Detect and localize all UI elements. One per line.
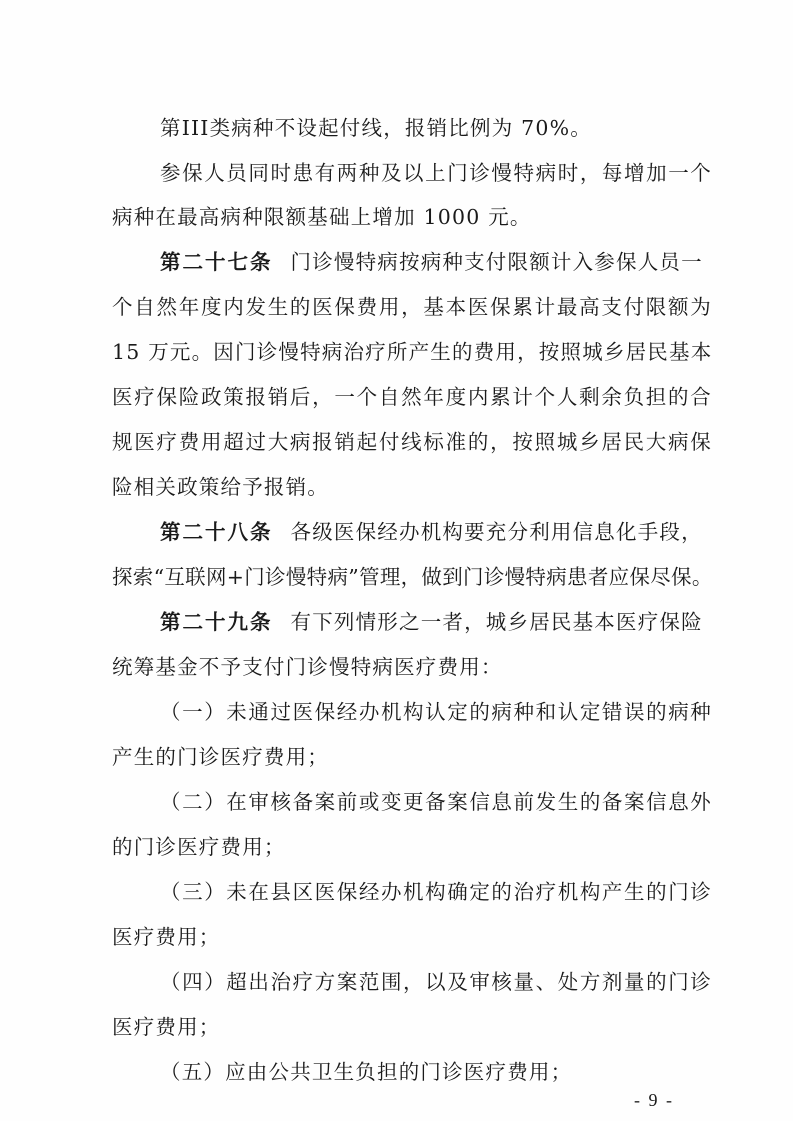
text-line: 产生的门诊医疗费用； xyxy=(112,739,712,775)
text-line: 医疗保险政策报销后，一个自然年度内累计个人剩余负担的合 xyxy=(112,379,712,415)
list-item-5: （五）应由公共卫生负担的门诊医疗费用； xyxy=(160,1054,712,1090)
list-item-3: （三）未在县区医保经办机构确定的治疗机构产生的门诊 xyxy=(160,874,712,910)
text-line: 参保人员同时患有两种及以上门诊慢特病时，每增加一个 xyxy=(160,155,712,191)
document-page: 第III类病种不设起付线，报销比例为 70%。 参保人员同时患有两种及以上门诊慢… xyxy=(0,0,793,1121)
text-line: 病种在最高病种限额基础上增加 1000 元。 xyxy=(112,199,712,235)
list-item-1: （一）未通过医保经办机构认定的病种和认定错误的病种 xyxy=(160,694,712,730)
article-27-line: 第二十七条门诊慢特病按病种支付限额计入参保人员一 xyxy=(160,244,712,280)
text-line: 医疗费用； xyxy=(112,1009,712,1045)
text-line: 的门诊医疗费用； xyxy=(112,829,712,865)
list-item-2: （二）在审核备案前或变更备案信息前发生的备案信息外 xyxy=(160,784,712,820)
list-item-4: （四）超出治疗方案范围，以及审核量、处方剂量的门诊 xyxy=(160,964,712,1000)
text-line: 门诊慢特病按病种支付限额计入参保人员一 xyxy=(291,250,703,274)
article-29-title: 第二十九条 xyxy=(160,610,273,634)
text-line: 险相关政策给予报销。 xyxy=(112,469,712,505)
article-27-title: 第二十七条 xyxy=(160,250,273,274)
text-line: 第III类病种不设起付线，报销比例为 70%。 xyxy=(160,110,712,146)
article-28-title: 第二十八条 xyxy=(160,520,273,544)
text-line: 各级医保经办机构要充分利用信息化手段， xyxy=(291,520,703,544)
text-line: 探索“互联网+门诊慢特病”管理，做到门诊慢特病患者应保尽保。 xyxy=(112,559,712,595)
article-29-line: 第二十九条有下列情形之一者，城乡居民基本医疗保险 xyxy=(160,604,712,640)
text-line: 个自然年度内发生的医保费用，基本医保累计最高支付限额为 xyxy=(112,289,712,325)
article-28-line: 第二十八条各级医保经办机构要充分利用信息化手段， xyxy=(160,514,712,550)
text-line: 医疗费用； xyxy=(112,919,712,955)
text-line: 统筹基金不予支付门诊慢特病医疗费用： xyxy=(112,649,712,685)
text-line: 15 万元。因门诊慢特病治疗所产生的费用，按照城乡居民基本 xyxy=(112,334,712,370)
page-number: - 9 - xyxy=(634,1090,674,1111)
text-line: 有下列情形之一者，城乡居民基本医疗保险 xyxy=(291,610,703,634)
text-line: 规医疗费用超过大病报销起付线标准的，按照城乡居民大病保 xyxy=(112,424,712,460)
